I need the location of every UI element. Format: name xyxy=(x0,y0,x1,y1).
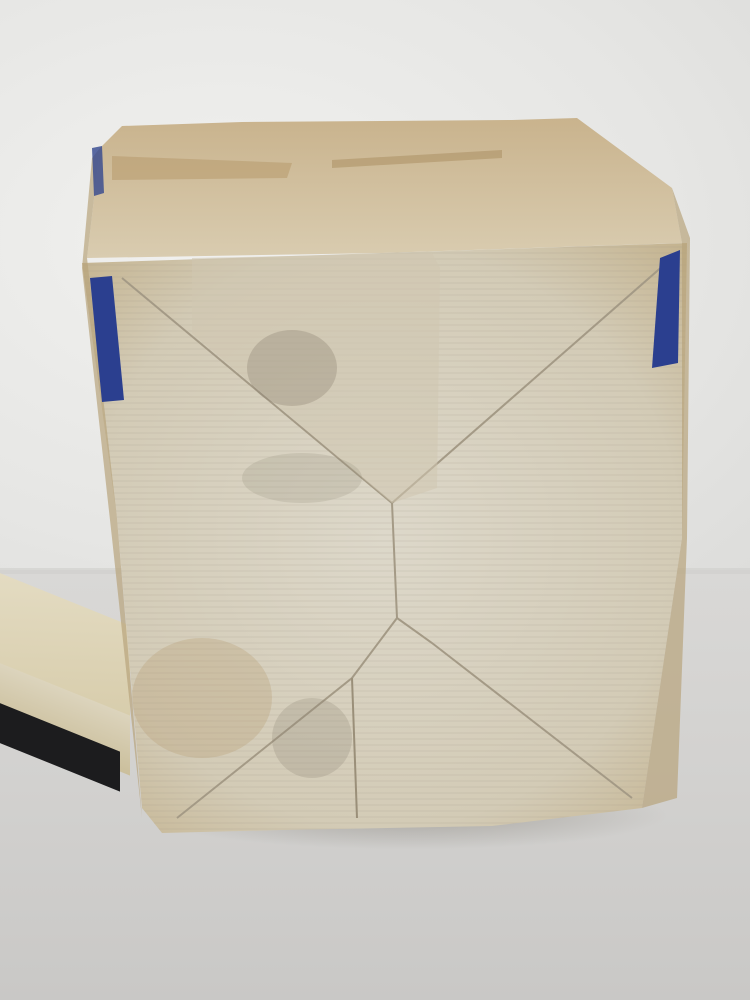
cardboard-box xyxy=(82,118,692,833)
box-drawing xyxy=(82,118,692,833)
